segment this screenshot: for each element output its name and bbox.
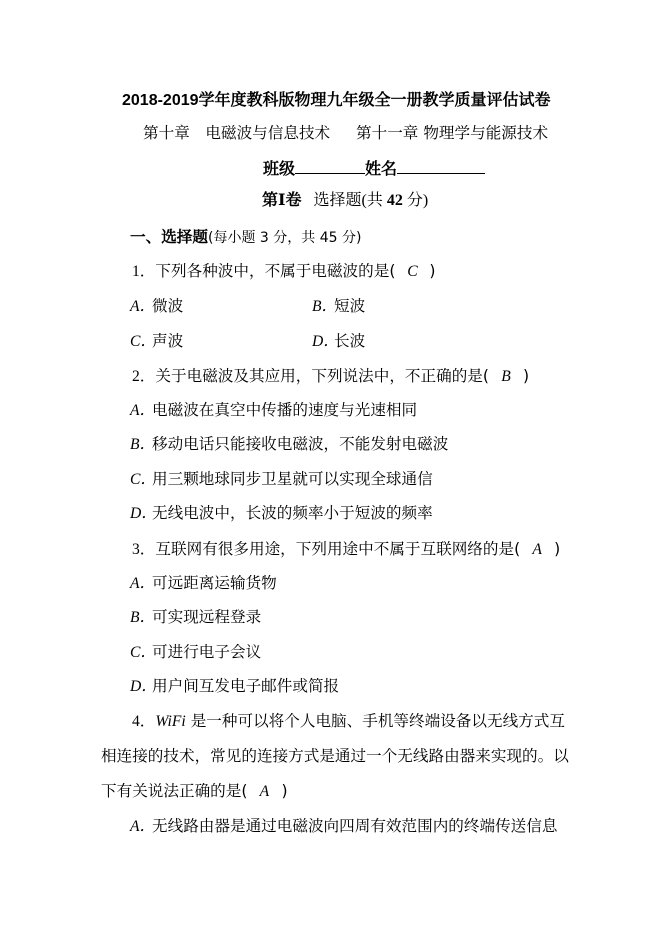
question-4-stem-line-2: 相连接的技术，常见的连接方式是通过一个无线路由器来实现的。以 bbox=[101, 745, 569, 767]
option-text: 用三颗地球同步卫星就可以实现全球通信 bbox=[152, 470, 433, 488]
question-2-stem: 2．关于电磁波及其应用，下列说法中，不正确的是(B) bbox=[132, 365, 529, 387]
option-text: 无线电波中，长波的频率小于短波的频率 bbox=[152, 504, 433, 522]
option-text: 可进行电子会议 bbox=[152, 643, 261, 661]
question-1-option-d: D．长波 bbox=[312, 330, 365, 352]
option-letter: D． bbox=[312, 331, 334, 353]
answer-value: A bbox=[520, 539, 554, 561]
option-letter: D． bbox=[130, 503, 152, 525]
student-info-row: 班级姓名 bbox=[263, 157, 485, 179]
option-letter: A． bbox=[130, 296, 152, 318]
option-letter: D． bbox=[130, 676, 152, 698]
class-blank[interactable] bbox=[295, 157, 365, 174]
section-note: (每小题 3 分，共 45 分) bbox=[208, 230, 361, 246]
chapter-subtitle-left: 第十章 电磁波与信息技术 bbox=[143, 122, 330, 144]
exam-title: 2018-2019学年度教科版物理九年级全一册教学质量评估试卷 bbox=[122, 89, 551, 111]
answer-close: ) bbox=[281, 782, 287, 800]
question-text: 互联网有很多用途，下列用途中不属于互联网络的是( bbox=[155, 540, 520, 558]
option-letter: A． bbox=[130, 400, 152, 422]
option-letter: C． bbox=[130, 331, 152, 353]
question-3-stem: 3．互联网有很多用途，下列用途中不属于互联网络的是(A) bbox=[132, 538, 560, 560]
question-4-stem-line-3: 下有关说法正确的是(A) bbox=[101, 780, 288, 802]
option-text: 无线路由器是通过电磁波向四周有效范围内的终端传送信息 bbox=[152, 817, 557, 835]
question-text: 下有关说法正确的是( bbox=[101, 782, 247, 800]
wifi-term: WiFi bbox=[155, 713, 185, 730]
answer-close: ) bbox=[429, 262, 435, 280]
option-letter: A． bbox=[130, 573, 152, 595]
question-number: 1． bbox=[132, 263, 155, 280]
question-text: 关于电磁波及其应用，下列说法中，不正确的是( bbox=[155, 367, 489, 385]
answer-value: C bbox=[395, 261, 429, 283]
question-1-option-c: C．声波 bbox=[130, 330, 183, 352]
question-2-option-c: C．用三颗地球同步卫星就可以实现全球通信 bbox=[130, 468, 433, 490]
option-text: 可实现远程登录 bbox=[152, 608, 261, 626]
option-text: 长波 bbox=[334, 332, 365, 350]
exam-page: 2018-2019学年度教科版物理九年级全一册教学质量评估试卷 第十章 电磁波与… bbox=[0, 0, 661, 935]
answer-value: B bbox=[489, 366, 523, 388]
volume-label: 第Ⅰ卷 bbox=[262, 192, 302, 209]
section-title: 一、选择题 bbox=[130, 228, 208, 246]
chapter-subtitle-right: 第十一章 物理学与能源技术 bbox=[356, 122, 548, 144]
option-text: 声波 bbox=[152, 332, 183, 350]
option-letter: B． bbox=[130, 607, 152, 629]
question-4-stem-line-1: 4．WiFi 是一种可以将个人电脑、手机等终端设备以无线方式互 bbox=[132, 710, 565, 732]
volume-title-suffix: 分) bbox=[407, 192, 428, 209]
option-text: 移动电话只能接收电磁波，不能发射电磁波 bbox=[152, 435, 448, 453]
option-letter: B． bbox=[312, 296, 334, 318]
question-text: 是一种可以将个人电脑、手机等终端设备以无线方式互 bbox=[191, 712, 565, 730]
name-blank[interactable] bbox=[397, 157, 485, 174]
class-label: 班级 bbox=[263, 161, 295, 178]
option-letter: A． bbox=[130, 816, 152, 838]
section-heading: 一、选择题(每小题 3 分，共 45 分) bbox=[130, 226, 361, 248]
answer-value: A bbox=[247, 781, 281, 803]
option-letter: B． bbox=[130, 434, 152, 456]
question-1-option-b: B．短波 bbox=[312, 295, 365, 317]
option-text: 微波 bbox=[152, 297, 183, 315]
question-number: 2． bbox=[132, 368, 155, 385]
name-label: 姓名 bbox=[365, 161, 397, 178]
volume-heading: 第Ⅰ卷 选择题(共 42 分) bbox=[262, 190, 428, 212]
question-number: 3． bbox=[132, 541, 155, 558]
question-number: 4． bbox=[132, 713, 155, 730]
volume-title-prefix: 选择题(共 bbox=[314, 192, 383, 209]
question-2-option-a: A．电磁波在真空中传播的速度与光速相同 bbox=[130, 399, 417, 421]
answer-close: ) bbox=[554, 540, 560, 558]
option-text: 可远距离运输货物 bbox=[152, 574, 277, 592]
option-letter: C． bbox=[130, 469, 152, 491]
volume-score: 42 bbox=[387, 192, 403, 209]
question-2-option-d: D．无线电波中，长波的频率小于短波的频率 bbox=[130, 502, 433, 524]
question-4-option-a: A．无线路由器是通过电磁波向四周有效范围内的终端传送信息 bbox=[130, 815, 557, 837]
option-letter: C． bbox=[130, 642, 152, 664]
question-1-option-a: A．微波 bbox=[130, 295, 183, 317]
title-year: 2018-2019 bbox=[122, 92, 199, 109]
question-3-option-b: B．可实现远程登录 bbox=[130, 606, 261, 628]
question-1-stem: 1．下列各种波中，不属于电磁波的是(C) bbox=[132, 260, 436, 282]
title-text: 学年度教科版物理九年级全一册教学质量评估试卷 bbox=[199, 92, 551, 109]
option-text: 短波 bbox=[334, 297, 365, 315]
question-3-option-c: C．可进行电子会议 bbox=[130, 641, 261, 663]
answer-close: ) bbox=[523, 367, 529, 385]
option-text: 用户间互发电子邮件或简报 bbox=[152, 677, 339, 695]
question-2-option-b: B．移动电话只能接收电磁波，不能发射电磁波 bbox=[130, 433, 448, 455]
question-3-option-a: A．可远距离运输货物 bbox=[130, 572, 277, 594]
question-text: 下列各种波中，不属于电磁波的是( bbox=[155, 262, 395, 280]
question-3-option-d: D．用户间互发电子邮件或简报 bbox=[130, 675, 339, 697]
option-text: 电磁波在真空中传播的速度与光速相同 bbox=[152, 401, 417, 419]
